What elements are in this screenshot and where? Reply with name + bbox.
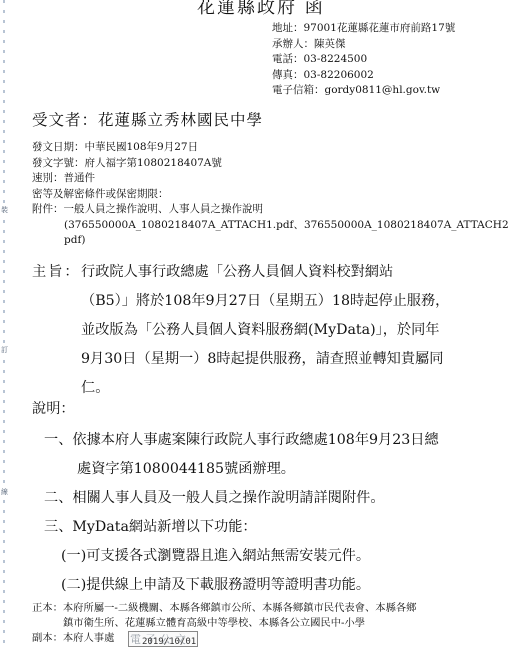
margin-mark-staple: 訂	[1, 346, 8, 354]
sender-email: 電子信箱：gordy0811@hl.gov.tw	[272, 83, 455, 99]
issue-date: 發文日期：中華民國108年9月27日	[32, 140, 508, 156]
electronic-document-stamp: 電子公文 2019/10/01	[128, 631, 198, 647]
document-meta: 發文日期：中華民國108年9月27日 發文字號：府人福字第1080218407A…	[32, 140, 508, 249]
sender-contact-person: 承辦人：陳英傑	[272, 37, 455, 53]
attachment: 附件：一般人員之操作說明、人事人員之操作說明	[32, 202, 508, 218]
stamp-date: 2019/10/01	[142, 634, 196, 648]
subject-label: 主旨：	[32, 258, 81, 287]
sender-address: 地址：97001花蓮縣花蓮市府前路17號	[272, 21, 455, 37]
explanation-item-2: 二、相關人事人員及一般人員之操作說明請詳閱附件。	[44, 484, 439, 513]
original-recipients: 正本：本府所屬一-二級機關、本縣各鄉鎮市公所、本縣各鄉鎮市民代表會、本縣各鄉	[32, 601, 416, 616]
explanation-label: 說明：	[32, 398, 75, 418]
attachment-files-cont: pdf)	[32, 233, 508, 249]
recipient: 受文者：花蓮縣立秀林國民中學	[32, 108, 263, 130]
classification: 密等及解密條件或保密期限：	[32, 187, 508, 203]
subject-section: 主旨： 行政院人事行政總處「公務人員個人資料校對網站 （B5）」將於108年9月…	[32, 258, 502, 403]
copy-recipients-row: 副本：本府人事處 電子公文 2019/10/01	[32, 631, 416, 646]
explanation-item-1-cont: 處資字第1080044185號函辦理。	[44, 455, 439, 484]
margin-mark-line: 線	[1, 488, 8, 496]
sender-info: 地址：97001花蓮縣花蓮市府前路17號 承辦人：陳英傑 電話：03-82245…	[272, 21, 455, 99]
document-title: 花蓮縣政府 函	[197, 0, 325, 19]
subject-body: 行政院人事行政總處「公務人員個人資料校對網站 （B5）」將於108年9月27日（…	[81, 258, 502, 403]
explanation-section: 一、依據本府人事處案陳行政院人事行政總處108年9月23日總 處資字第10800…	[44, 426, 439, 600]
original-recipients-cont: 鎮市衛生所、花蓮縣立體育高級中等學校、本縣各公立國民中-小學	[32, 616, 416, 631]
document-number: 發文字號：府人福字第1080218407A號	[32, 156, 508, 172]
subject-line: 並改版為「公務人員個人資料服務網(MyData)」，於同年	[81, 316, 502, 345]
explanation-sub-item-2: (二)提供線上申請及下載服務證明等證明書功能。	[44, 571, 439, 600]
subject-line: 仁。	[81, 374, 502, 403]
subject-line: 行政院人事行政總處「公務人員個人資料校對網站	[81, 258, 502, 287]
sender-phone: 電話：03-8224500	[272, 52, 455, 68]
binding-margin-line	[3, 0, 5, 648]
distribution-section: 正本：本府所屬一-二級機關、本縣各鄉鎮市公所、本縣各鄉鎮市民代表會、本縣各鄉 鎮…	[32, 601, 416, 646]
margin-mark-bind: 裝	[1, 206, 8, 214]
priority: 速別：普通件	[32, 171, 508, 187]
explanation-sub-item-1: (一)可支援各式瀏覽器且進入網站無需安裝元件。	[44, 542, 439, 571]
attachment-files: (376550000A_1080218407A_ATTACH1.pdf、3765…	[32, 218, 508, 234]
explanation-item-3: 三、MyData網站新增以下功能：	[44, 513, 439, 542]
subject-line: （B5）」將於108年9月27日（星期五）18時起停止服務，	[81, 287, 502, 316]
copy-recipients: 副本：本府人事處	[32, 632, 114, 644]
explanation-item-1: 一、依據本府人事處案陳行政院人事行政總處108年9月23日總	[44, 426, 439, 455]
subject-line: 9月30日（星期一）8時起提供服務，請查照並轉知貴屬同	[81, 345, 502, 374]
sender-fax: 傳真：03-82206002	[272, 68, 455, 84]
